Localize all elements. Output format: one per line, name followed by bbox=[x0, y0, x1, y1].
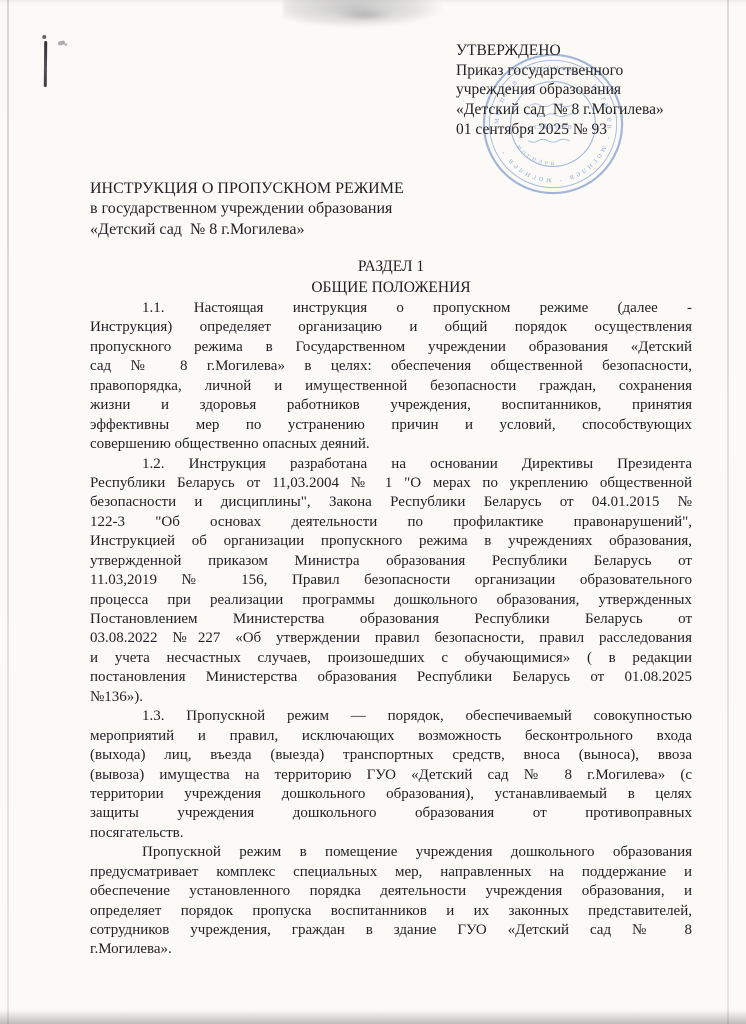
text-line: в государственном учреждении образования bbox=[90, 199, 404, 219]
svg-text:могилев: могилев bbox=[515, 142, 558, 167]
text-line: «Детский сад № 8 г.Могилева» bbox=[90, 220, 404, 240]
paragraph-line: Постановлением Министерства образования … bbox=[90, 610, 692, 629]
paragraph-line: сад № 8 г.Могилева» в целях: обеспечения… bbox=[90, 357, 692, 376]
paragraph-line: мероприятий и правил, исключающих возмож… bbox=[90, 727, 692, 746]
section-number: РАЗДЕЛ 1 bbox=[90, 257, 692, 278]
paragraph-line: безопасности и дисциплины", Закона Респу… bbox=[90, 493, 692, 512]
paragraph-line: (вывоза) имущества на территорию ГУО «Де… bbox=[90, 766, 692, 785]
paragraph-line: пропускного режима в Государственном учр… bbox=[90, 338, 692, 357]
text-line: учреждения образования bbox=[456, 80, 664, 100]
paragraph-line: постановления Министерства образования Р… bbox=[90, 668, 692, 687]
paragraph-line: утвержденной приказом Министра образован… bbox=[90, 552, 692, 571]
section-heading: РАЗДЕЛ 1 ОБЩИЕ ПОЛОЖЕНИЯ bbox=[90, 257, 692, 298]
document-body: 1.1. Настоящая инструкция о пропускном р… bbox=[90, 299, 692, 960]
paragraph-line: обеспечение установленного порядка деяте… bbox=[90, 882, 692, 901]
scan-fold-line-right bbox=[727, 0, 729, 1024]
paragraph: Пропускной режим в помещение учреждения … bbox=[90, 843, 692, 960]
paragraph-line: совершению общественно опасных деяний. bbox=[90, 435, 692, 454]
document-page: могилев · могилев · могилев · могилев · … bbox=[0, 0, 746, 1024]
paragraph-line: сотрудников учреждения, граждан в здание… bbox=[90, 921, 692, 940]
paragraph-line: 1.2. Инструкция разработана на основании… bbox=[90, 455, 692, 474]
paragraph-line: правопорядка, личной и имущественной без… bbox=[90, 377, 692, 396]
paragraph-line: эффективны мер по устранению причин и ус… bbox=[90, 416, 692, 435]
paragraph-line: процесса при реализации программы дошкол… bbox=[90, 591, 692, 610]
paragraph-line: Инструкцией об организации пропускного р… bbox=[90, 532, 692, 551]
paragraph-line: предусматривает комплекс специальных мер… bbox=[90, 863, 692, 882]
text-line: «Детский сад № 8 г.Могилева» bbox=[456, 100, 664, 120]
paragraph-line: г.Могилева». bbox=[90, 940, 692, 959]
paragraph: 1.3. Пропускной режим — порядок, обеспеч… bbox=[90, 707, 692, 843]
scan-smudge bbox=[283, 0, 443, 28]
paragraph-line: 1.1. Настоящая инструкция о пропускном р… bbox=[90, 299, 692, 318]
section-title: ОБЩИЕ ПОЛОЖЕНИЯ bbox=[90, 278, 692, 299]
paragraph-line: территории учреждения дошкольного образо… bbox=[90, 785, 692, 804]
paragraph-line: Инструкция) определяет организацию и общ… bbox=[90, 318, 692, 337]
stamp-bottom-text: могилев bbox=[515, 142, 558, 167]
paragraph-line: Республики Беларусь от 11,03.2004 № 1 "О… bbox=[90, 474, 692, 493]
paragraph-line: жизни и здоровья работников учреждения, … bbox=[90, 396, 692, 415]
ink-speck bbox=[58, 40, 66, 45]
text-line: УТВЕРЖДЕНО bbox=[456, 41, 664, 61]
text-line: ИНСТРУКЦИЯ О ПРОПУСКНОМ РЕЖИМЕ bbox=[90, 179, 404, 199]
paragraph-line: 03.08.2022 №227 «Об утверждении правил б… bbox=[90, 629, 692, 648]
paragraph-line: 122-3 "Об основах деятельности по профил… bbox=[90, 513, 692, 532]
scan-edge-left-line bbox=[7, 0, 9, 1024]
paragraph-line: посягательств. bbox=[90, 824, 692, 843]
paragraph-line: Пропускной режим в помещение учреждения … bbox=[90, 843, 692, 862]
paragraph-line: 11.03,2019 № 156, Правил безопасности ор… bbox=[90, 571, 692, 590]
paragraph-line: определяет порядок пропуска воспитаннико… bbox=[90, 902, 692, 921]
document-title-block: ИНСТРУКЦИЯ О ПРОПУСКНОМ РЕЖИМЕв государс… bbox=[90, 179, 404, 240]
paragraph: 1.1. Настоящая инструкция о пропускном р… bbox=[90, 299, 692, 455]
paragraph: 1.2. Инструкция разработана на основании… bbox=[90, 455, 692, 708]
paragraph-line: (выхода) лиц, въезда (выезда) транспортн… bbox=[90, 746, 692, 765]
scan-edge-bottom-shadow bbox=[0, 1010, 746, 1024]
paragraph-line: защиты учреждения дошкольного образовани… bbox=[90, 804, 692, 823]
text-line: Приказ государственного bbox=[456, 61, 664, 81]
text-line: 01 сентября 2025 № 93 bbox=[456, 120, 664, 140]
paragraph-line: и учета несчастных случаев, произошедших… bbox=[90, 649, 692, 668]
paragraph-line: №136»). bbox=[90, 688, 692, 707]
paragraph-line: 1.3. Пропускной режим — порядок, обеспеч… bbox=[90, 707, 692, 726]
pen-mark bbox=[44, 41, 47, 87]
approval-block: УТВЕРЖДЕНОПриказ государственногоучрежде… bbox=[456, 41, 664, 140]
